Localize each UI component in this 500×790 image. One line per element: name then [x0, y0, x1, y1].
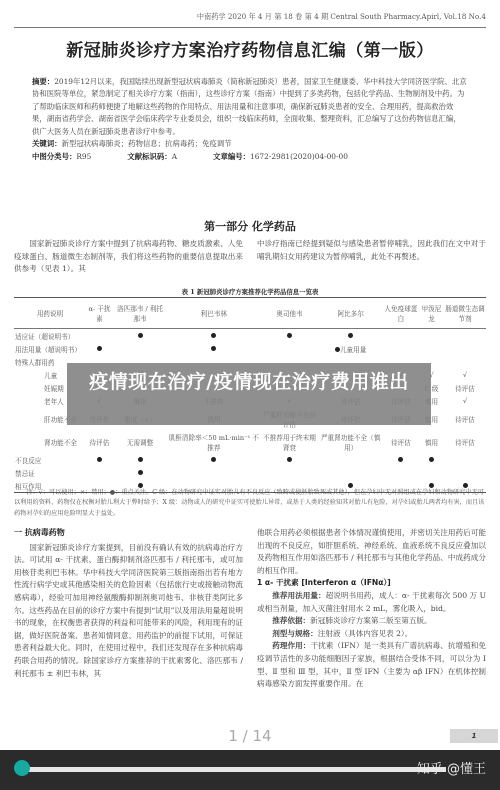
dose-label: 推荐用法用量： [272, 591, 325, 600]
key-attention-dot-icon [348, 333, 353, 338]
article-no-value: 1672-2981(2020)04-00-00 [250, 152, 348, 161]
abstract-label: 摘要： [32, 77, 54, 86]
table-header-row: 用药说明 α- 干扰素 洛匹那韦 / 利托那韦 利巴韦林 奥司他韦 阿比多尔 人… [14, 298, 486, 329]
table-cell [419, 466, 444, 479]
table-cell [383, 466, 419, 479]
body-right-column: 他联合用药必须根据患者个体情况谨慎使用，并密切关注用药后可能出现的不良反应，如肝… [257, 527, 486, 691]
row-label: 禁忌证 [14, 466, 86, 479]
column-header: 甲泼尼龙 [419, 298, 444, 329]
section-title: 第一部分 化学药品 [0, 218, 500, 234]
article-meta-row: 中图分类号：R95 文献标识码：A 文章编号：1672-2981(2020)04… [32, 151, 468, 163]
table-cell [419, 329, 444, 343]
key-attention-dot-icon [287, 333, 292, 338]
table-cell [383, 453, 419, 466]
table-cell [318, 453, 383, 466]
row-label: 不良反应 [14, 453, 86, 466]
table-cell [383, 342, 419, 355]
table-cell [318, 466, 383, 479]
clc-value: R95 [76, 152, 91, 161]
column-header: 用药说明 [14, 298, 86, 329]
table-cell [167, 466, 260, 479]
column-header: 奥司他韦 [260, 298, 318, 329]
viewer-control-bar: 知乎 @懂王 [0, 750, 500, 790]
table-cell: 待评估 [444, 407, 486, 430]
intro-left: 国家新冠肺炎诊疗方案中提到了抗病毒药物、糖皮质激素、人免疫球蛋白、肠道微生态制剂… [14, 238, 243, 276]
key-attention-dot-icon [138, 333, 143, 338]
table-cell [419, 342, 444, 355]
table-cell [318, 329, 383, 343]
table-cell [86, 329, 113, 343]
key-attention-dot-icon [138, 457, 143, 462]
row-label: 用法用量（超说明书） [14, 342, 86, 355]
table-cell [113, 342, 167, 355]
key-attention-dot-icon [138, 470, 143, 475]
cell-text: 儿童用量 [340, 346, 366, 354]
clc-label: 中图分类号： [32, 152, 76, 161]
form-label: 剂型与规格： [272, 629, 318, 638]
table-cell [444, 329, 486, 343]
table-row: 用法用量（超说明书）儿童用量 [14, 342, 486, 355]
table-cell [260, 466, 318, 479]
table-cell [86, 342, 113, 355]
body-columns: 一 抗病毒药物 国家新冠肺炎诊疗方案提到，目前没有确认有效的抗病毒治疗方法。可试… [14, 527, 486, 691]
table-cell [167, 342, 260, 355]
key-attention-dot-icon [97, 457, 102, 462]
article-title: 新冠肺炎诊疗方案治疗药物信息汇编（第一版） [0, 36, 500, 61]
column-header: 人免疫球蛋白 [383, 298, 419, 329]
table-cell [444, 453, 486, 466]
page-number-badge: 1 [450, 729, 498, 743]
table-cell [167, 453, 260, 466]
doc-code-value: A [172, 152, 177, 161]
running-header: 中南药学 2020 年 4 月 第 18 卷 第 4 期 Central Sou… [14, 10, 486, 28]
keywords-label: 关键词： [32, 139, 62, 148]
abstract-text: 2019年12月以来，我国陆续出现新型冠状病毒肺炎（简称新冠肺炎）患者，国家卫生… [32, 77, 467, 136]
table-cell: 无需调整 [113, 430, 167, 453]
doc-code-label: 文献标识码： [127, 152, 171, 161]
table-cell: 肌酐清除率＜50 mL·min⁻¹ 不推荐 [167, 430, 260, 453]
column-header: 洛匹那韦 / 利托那韦 [113, 298, 167, 329]
article-no-label: 文章编号： [213, 152, 250, 161]
table-cell [383, 329, 419, 343]
key-attention-dot-icon [97, 346, 102, 351]
table-cell [113, 329, 167, 343]
column-header: 利巴韦林 [167, 298, 260, 329]
table-cell: 慎用 [419, 430, 444, 453]
table-cell: 儿童用量 [318, 342, 383, 355]
table-cell [86, 453, 113, 466]
table-cell [260, 342, 318, 355]
key-attention-dot-icon [429, 457, 434, 462]
page-indicator: 1 / 14 [0, 727, 500, 745]
key-attention-dot-icon [211, 346, 216, 351]
abstract-block: 摘要：2019年12月以来，我国陆续出现新型冠状病毒肺炎（简称新冠肺炎）患者，国… [32, 76, 468, 164]
table-cell [113, 453, 167, 466]
table-cell [113, 466, 167, 479]
heading-antiviral: 一 抗病毒药物 [14, 527, 243, 540]
column-header: 肠道微生态调节剂 [444, 298, 486, 329]
table-row: 禁忌证 [14, 466, 486, 479]
key-attention-dot-icon [211, 333, 216, 338]
heading-interferon: 1 α- 干扰素 [Interferon α（IFNα）] [257, 577, 486, 590]
progress-track[interactable] [26, 767, 446, 772]
table-cell [444, 342, 486, 355]
form-text: 注射液（具体内容见表 2）。 [318, 629, 413, 638]
intro-columns: 国家新冠肺炎诊疗方案中提到了抗病毒药物、糖皮质激素、人免疫球蛋白、肠道微生态制剂… [14, 238, 486, 276]
body-left-paragraph: 国家新冠肺炎诊疗方案提到，目前没有确认有效的抗病毒治疗方法。可试用 α- 干扰素… [14, 542, 243, 681]
table-caption: 表 1 新冠肺炎诊疗方案推荐化学药品信息一览表 [0, 287, 500, 296]
table-cell: 待评估 [444, 381, 486, 394]
table-cell: √ [444, 368, 486, 381]
table-row: 不良反应 [14, 453, 486, 466]
keywords-text: 新型冠状病毒肺炎；药物信息；抗病毒药；免疫调节 [62, 139, 232, 148]
basis-label: 推荐依据： [272, 616, 310, 625]
table-cell [444, 466, 486, 479]
table-cell: √ [444, 394, 486, 407]
progress-slider-handle[interactable] [14, 760, 30, 776]
table-note: 注：√：可以使用；×：禁用；●：重点关注。C 级：在动物研究中证实对胎儿有不良反… [14, 488, 486, 519]
watermark: 知乎 @懂王 [417, 758, 486, 777]
key-attention-dot-icon [211, 457, 216, 462]
table-row: 肾功能不全待评估无需调整肌酐清除率＜50 mL·min⁻¹ 不推荐不推荐用于终末… [14, 430, 486, 453]
body-left-column: 一 抗病毒药物 国家新冠肺炎诊疗方案提到，目前没有确认有效的抗病毒治疗方法。可试… [14, 527, 243, 691]
table-cell [260, 329, 318, 343]
table-cell [167, 329, 260, 343]
table-cell: 待评估 [86, 430, 113, 453]
pharm-label: 药理作用： [272, 641, 310, 650]
document-page: 中南药学 2020 年 4 月 第 18 卷 第 4 期 Central Sou… [0, 0, 500, 750]
table-cell [419, 453, 444, 466]
table-cell [260, 453, 318, 466]
table-cell [86, 466, 113, 479]
table-cell: 待评估 [444, 430, 486, 453]
table-cell [444, 355, 486, 368]
table-row: 适应证（超说明书） [14, 329, 486, 343]
table-cell: 不推荐用于终末期肾衰 [260, 430, 318, 453]
key-attention-dot-icon [287, 457, 292, 462]
basis-text: 新冠肺炎诊疗方案第二版至第五版。 [310, 616, 432, 625]
table-cell: 严重肾功能不全（慎用） [318, 430, 383, 453]
overlay-title-banner: 疫情现在治疗/疫情现在治疗费用谁出 [67, 363, 431, 425]
body-right-paragraph: 他联合用药必须根据患者个体情况谨慎使用，并密切关注用药后可能出现的不良反应，如肝… [257, 527, 486, 577]
row-label: 肾功能不全 [14, 430, 86, 453]
table-cell: 待评估 [383, 430, 419, 453]
column-header: 阿比多尔 [318, 298, 383, 329]
row-label: 适应证（超说明书） [14, 329, 86, 343]
intro-right: 中诊疗指南已经提到疑似与感染患者暂停哺乳，因此我们在文中对于哺乳期妇女用药建议为… [257, 238, 486, 276]
key-attention-dot-icon [398, 457, 403, 462]
column-header: α- 干扰素 [86, 298, 113, 329]
